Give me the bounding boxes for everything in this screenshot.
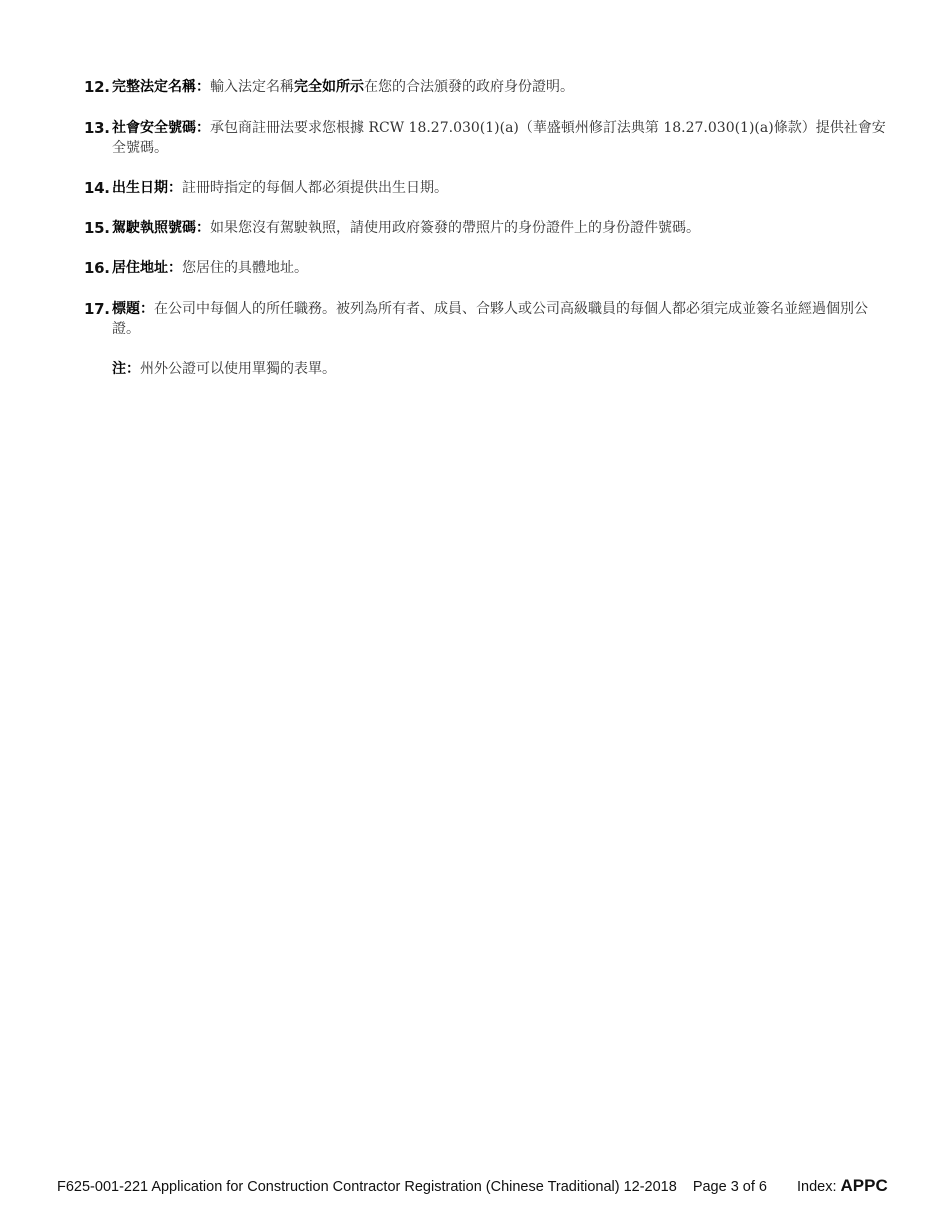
item-number: 14. — [84, 178, 110, 198]
page-footer: F625-001-221 Application for Constructio… — [57, 1176, 887, 1196]
index-label: Index: — [797, 1179, 837, 1195]
item-number: 15. — [84, 218, 110, 238]
instruction-item-15: 15. 駕駛執照號碼：如果您沒有駕駛執照，請使用政府簽發的帶照片的身份證件上的身… — [84, 218, 894, 238]
item-text: 如果您沒有駕駛執照，請使用政府簽發的帶照片的身份證件上的身份證件號碼。 — [210, 220, 700, 236]
item-text: 在您的合法頒發的政府身份證明。 — [364, 79, 574, 95]
document-page: 12. 完整法定名稱：輸入法定名稱完全如所示在您的合法頒發的政府身份證明。 13… — [0, 0, 950, 1230]
item-number: 16. — [84, 258, 110, 278]
note: 注：州外公證可以使用單獨的表單。 — [112, 359, 336, 379]
item-text: 承包商註冊法要求您根據 RCW 18.27.030(1)(a)（華盛頓州修訂法典… — [112, 120, 886, 156]
item-number: 17. — [84, 299, 110, 319]
item-label: 標題： — [112, 301, 154, 317]
note-label: 注： — [112, 361, 140, 377]
item-number: 13. — [84, 118, 110, 138]
item-number: 12. — [84, 77, 110, 97]
index-value: APPC — [841, 1176, 888, 1195]
item-text: 您居住的具體地址。 — [182, 260, 308, 276]
item-text: 註冊時指定的每個人都必須提供出生日期。 — [182, 180, 448, 196]
page-number: Page 3 of 6 — [693, 1179, 767, 1195]
item-label: 社會安全號碼： — [112, 120, 210, 136]
instruction-item-16: 16. 居住地址：您居住的具體地址。 — [84, 258, 894, 278]
item-emphasis: 完全如所示 — [294, 79, 364, 95]
item-label: 駕駛執照號碼： — [112, 220, 210, 236]
instruction-item-12: 12. 完整法定名稱：輸入法定名稱完全如所示在您的合法頒發的政府身份證明。 — [84, 77, 894, 97]
item-text: 輸入法定名稱 — [210, 79, 294, 95]
item-label: 出生日期： — [112, 180, 182, 196]
instruction-item-13: 13. 社會安全號碼：承包商註冊法要求您根據 RCW 18.27.030(1)(… — [84, 118, 894, 158]
instruction-item-17: 17. 標題：在公司中每個人的所任職務。被列為所有者、成員、合夥人或公司高級職員… — [84, 299, 894, 339]
item-label: 完整法定名稱： — [112, 79, 210, 95]
instruction-item-14: 14. 出生日期：註冊時指定的每個人都必須提供出生日期。 — [84, 178, 894, 198]
item-label: 居住地址： — [112, 260, 182, 276]
item-text: 在公司中每個人的所任職務。被列為所有者、成員、合夥人或公司高級職員的每個人都必須… — [112, 301, 868, 337]
form-title: F625-001-221 Application for Constructio… — [57, 1179, 677, 1195]
note-text: 州外公證可以使用單獨的表單。 — [140, 361, 336, 377]
